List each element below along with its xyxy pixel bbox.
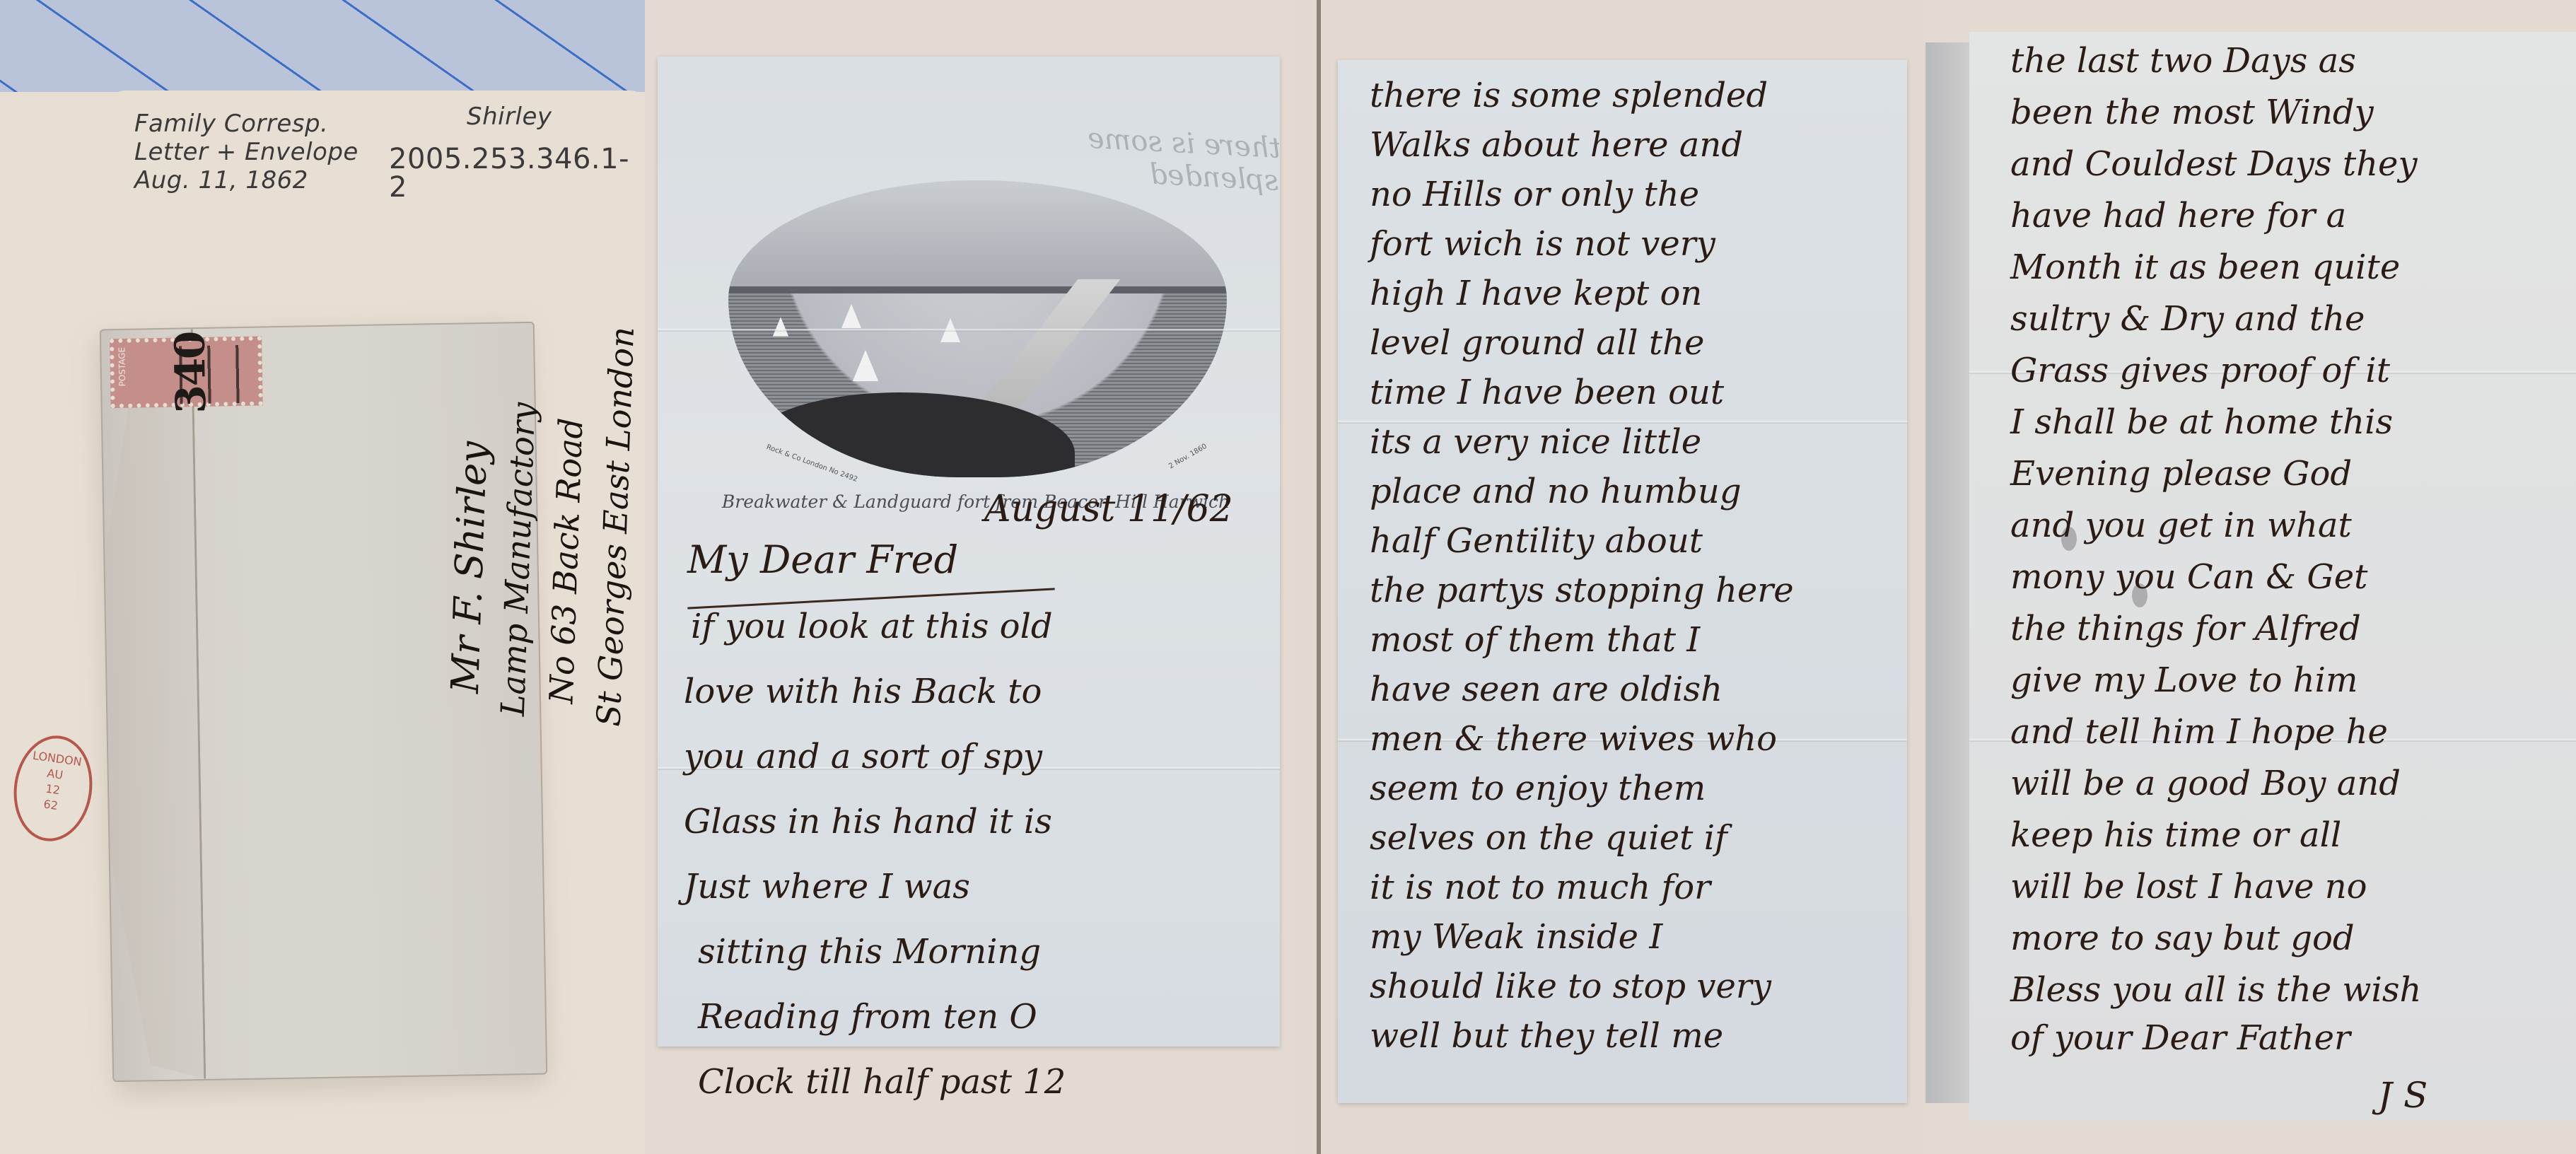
handwritten-line: Evening please God <box>2010 448 2421 500</box>
paper-fold <box>658 329 1280 332</box>
handwritten-line: should like to stop very <box>1370 962 1794 1011</box>
letter-body: if you look at this old love with his Ba… <box>684 594 1066 1114</box>
folder-label-line: Letter + Envelope <box>134 138 359 166</box>
signature-initials: J S <box>2378 1075 2428 1116</box>
handwritten-line: well but they tell me <box>1370 1011 1794 1061</box>
handwritten-line: I shall be at home this <box>2010 397 2421 448</box>
handwritten-line: it is not to much for <box>1370 863 1794 912</box>
handwritten-line: been the most Windy <box>2010 87 2421 139</box>
sailboat-icon <box>853 350 878 381</box>
handwritten-line: Glass in his hand it is <box>684 789 1066 854</box>
letter-page-3-panel: the last two Days as been the most Windy… <box>1925 0 2576 1154</box>
handwritten-line: fort wich is not very <box>1370 219 1794 269</box>
folder-label-line: Family Corresp. <box>134 110 359 138</box>
page-gutter <box>1925 42 1969 1103</box>
handwritten-line: the last two Days as <box>2010 35 2421 87</box>
handwritten-line: Walks about here and <box>1370 120 1794 170</box>
handwritten-line: selves on the quiet if <box>1370 813 1794 863</box>
stamp-cancel-number: 340 <box>165 332 215 414</box>
handwritten-line: Just where I was <box>684 854 1066 919</box>
penny-red-stamp: POSTAGE 340 <box>110 336 263 408</box>
handwritten-line: the partys stopping here <box>1370 566 1794 615</box>
folder-label: Family Corresp. Letter + Envelope Aug. 1… <box>134 110 359 194</box>
handwritten-line: my Weak inside I <box>1370 912 1794 962</box>
handwritten-line: sultry & Dry and the <box>2010 293 2421 345</box>
handwritten-line: place and no humbug <box>1370 467 1794 516</box>
engraving-sky <box>728 180 1227 286</box>
binder-edge <box>1317 0 1321 1154</box>
handwritten-line: and you get in what <box>2010 500 2421 552</box>
handwritten-line: Bless you all is the wish <box>2010 964 2421 1016</box>
handwritten-line: Clock till half past 12 <box>684 1049 1066 1114</box>
handwritten-line: high I have kept on <box>1370 269 1794 318</box>
sailboat-icon <box>773 317 788 336</box>
sailboat-icon <box>841 304 861 328</box>
handwritten-line: no Hills or only the <box>1370 170 1794 219</box>
handwritten-line: keep his time or all <box>2010 810 2421 861</box>
handwritten-line: love with his Back to <box>684 659 1066 724</box>
handwritten-line: more to say but god <box>2010 913 2421 964</box>
envelope-address: Mr F. Shirley Lamp Manufactory No 63 Bac… <box>440 85 645 728</box>
handwritten-line: its a very nice little <box>1370 417 1794 467</box>
handwritten-line: time I have been out <box>1370 368 1794 417</box>
handwritten-line: seem to enjoy them <box>1370 764 1794 813</box>
handwritten-line: and tell him I hope he <box>2010 706 2421 758</box>
letter-salutation: My Dear Fred <box>687 537 958 582</box>
beacon-hill-cliff <box>750 392 1075 477</box>
handwritten-line: level ground all the <box>1370 318 1794 368</box>
handwritten-line: most of them that I <box>1370 615 1794 665</box>
handwritten-line: will be a good Boy and <box>2010 758 2421 810</box>
handwritten-line: have had here for a <box>2010 190 2421 242</box>
handwritten-line: Reading from ten O <box>684 984 1066 1049</box>
handwritten-line: half Gentility about <box>1370 516 1794 566</box>
letter-page-2-panel: there is some splended Walks about here … <box>1295 0 1925 1154</box>
handwritten-line: sitting this Morning <box>684 919 1066 984</box>
handwritten-line: mony you Can & Get <box>2010 552 2421 603</box>
handwritten-line: you and a sort of spy <box>684 724 1066 789</box>
handwritten-line: give my Love to him <box>2010 655 2421 706</box>
handwritten-line: there is some splended <box>1370 71 1794 120</box>
stamp-postage-label: POSTAGE <box>117 347 127 387</box>
envelope: POSTAGE 340 Mr F. Shirley Lamp Manufacto… <box>100 322 547 1083</box>
handwritten-line: if you look at this old <box>684 594 1066 659</box>
letter-body: there is some splended Walks about here … <box>1370 71 1794 1061</box>
letter-body: the last two Days as been the most Windy… <box>2010 35 2421 1016</box>
handwritten-line: the things for Alfred <box>2010 603 2421 655</box>
handwritten-line: Grass gives proof of it <box>2010 345 2421 397</box>
handwritten-line: have seen are oldish <box>1370 665 1794 714</box>
date-credit: 2 Nov. 1860 <box>1167 443 1208 471</box>
handwritten-line: men & there wives who <box>1370 714 1794 764</box>
handwritten-line: and Couldest Days they <box>2010 139 2421 190</box>
envelope-flap <box>101 329 206 1080</box>
letter-page-1-panel: there is some splended Rock & Co London … <box>645 0 1295 1154</box>
envelope-photo-panel: Family Corresp. Letter + Envelope Aug. 1… <box>0 0 645 1154</box>
engraving-horizon <box>728 286 1227 293</box>
handwritten-line: Month it as been quite <box>2010 242 2421 293</box>
letter-date: August 11/62 <box>984 488 1233 530</box>
folder-label-line: Aug. 11, 1862 <box>134 166 359 194</box>
handwritten-line: will be lost I have no <box>2010 861 2421 913</box>
letter-closing: of your Dear Father <box>2010 1018 2350 1058</box>
